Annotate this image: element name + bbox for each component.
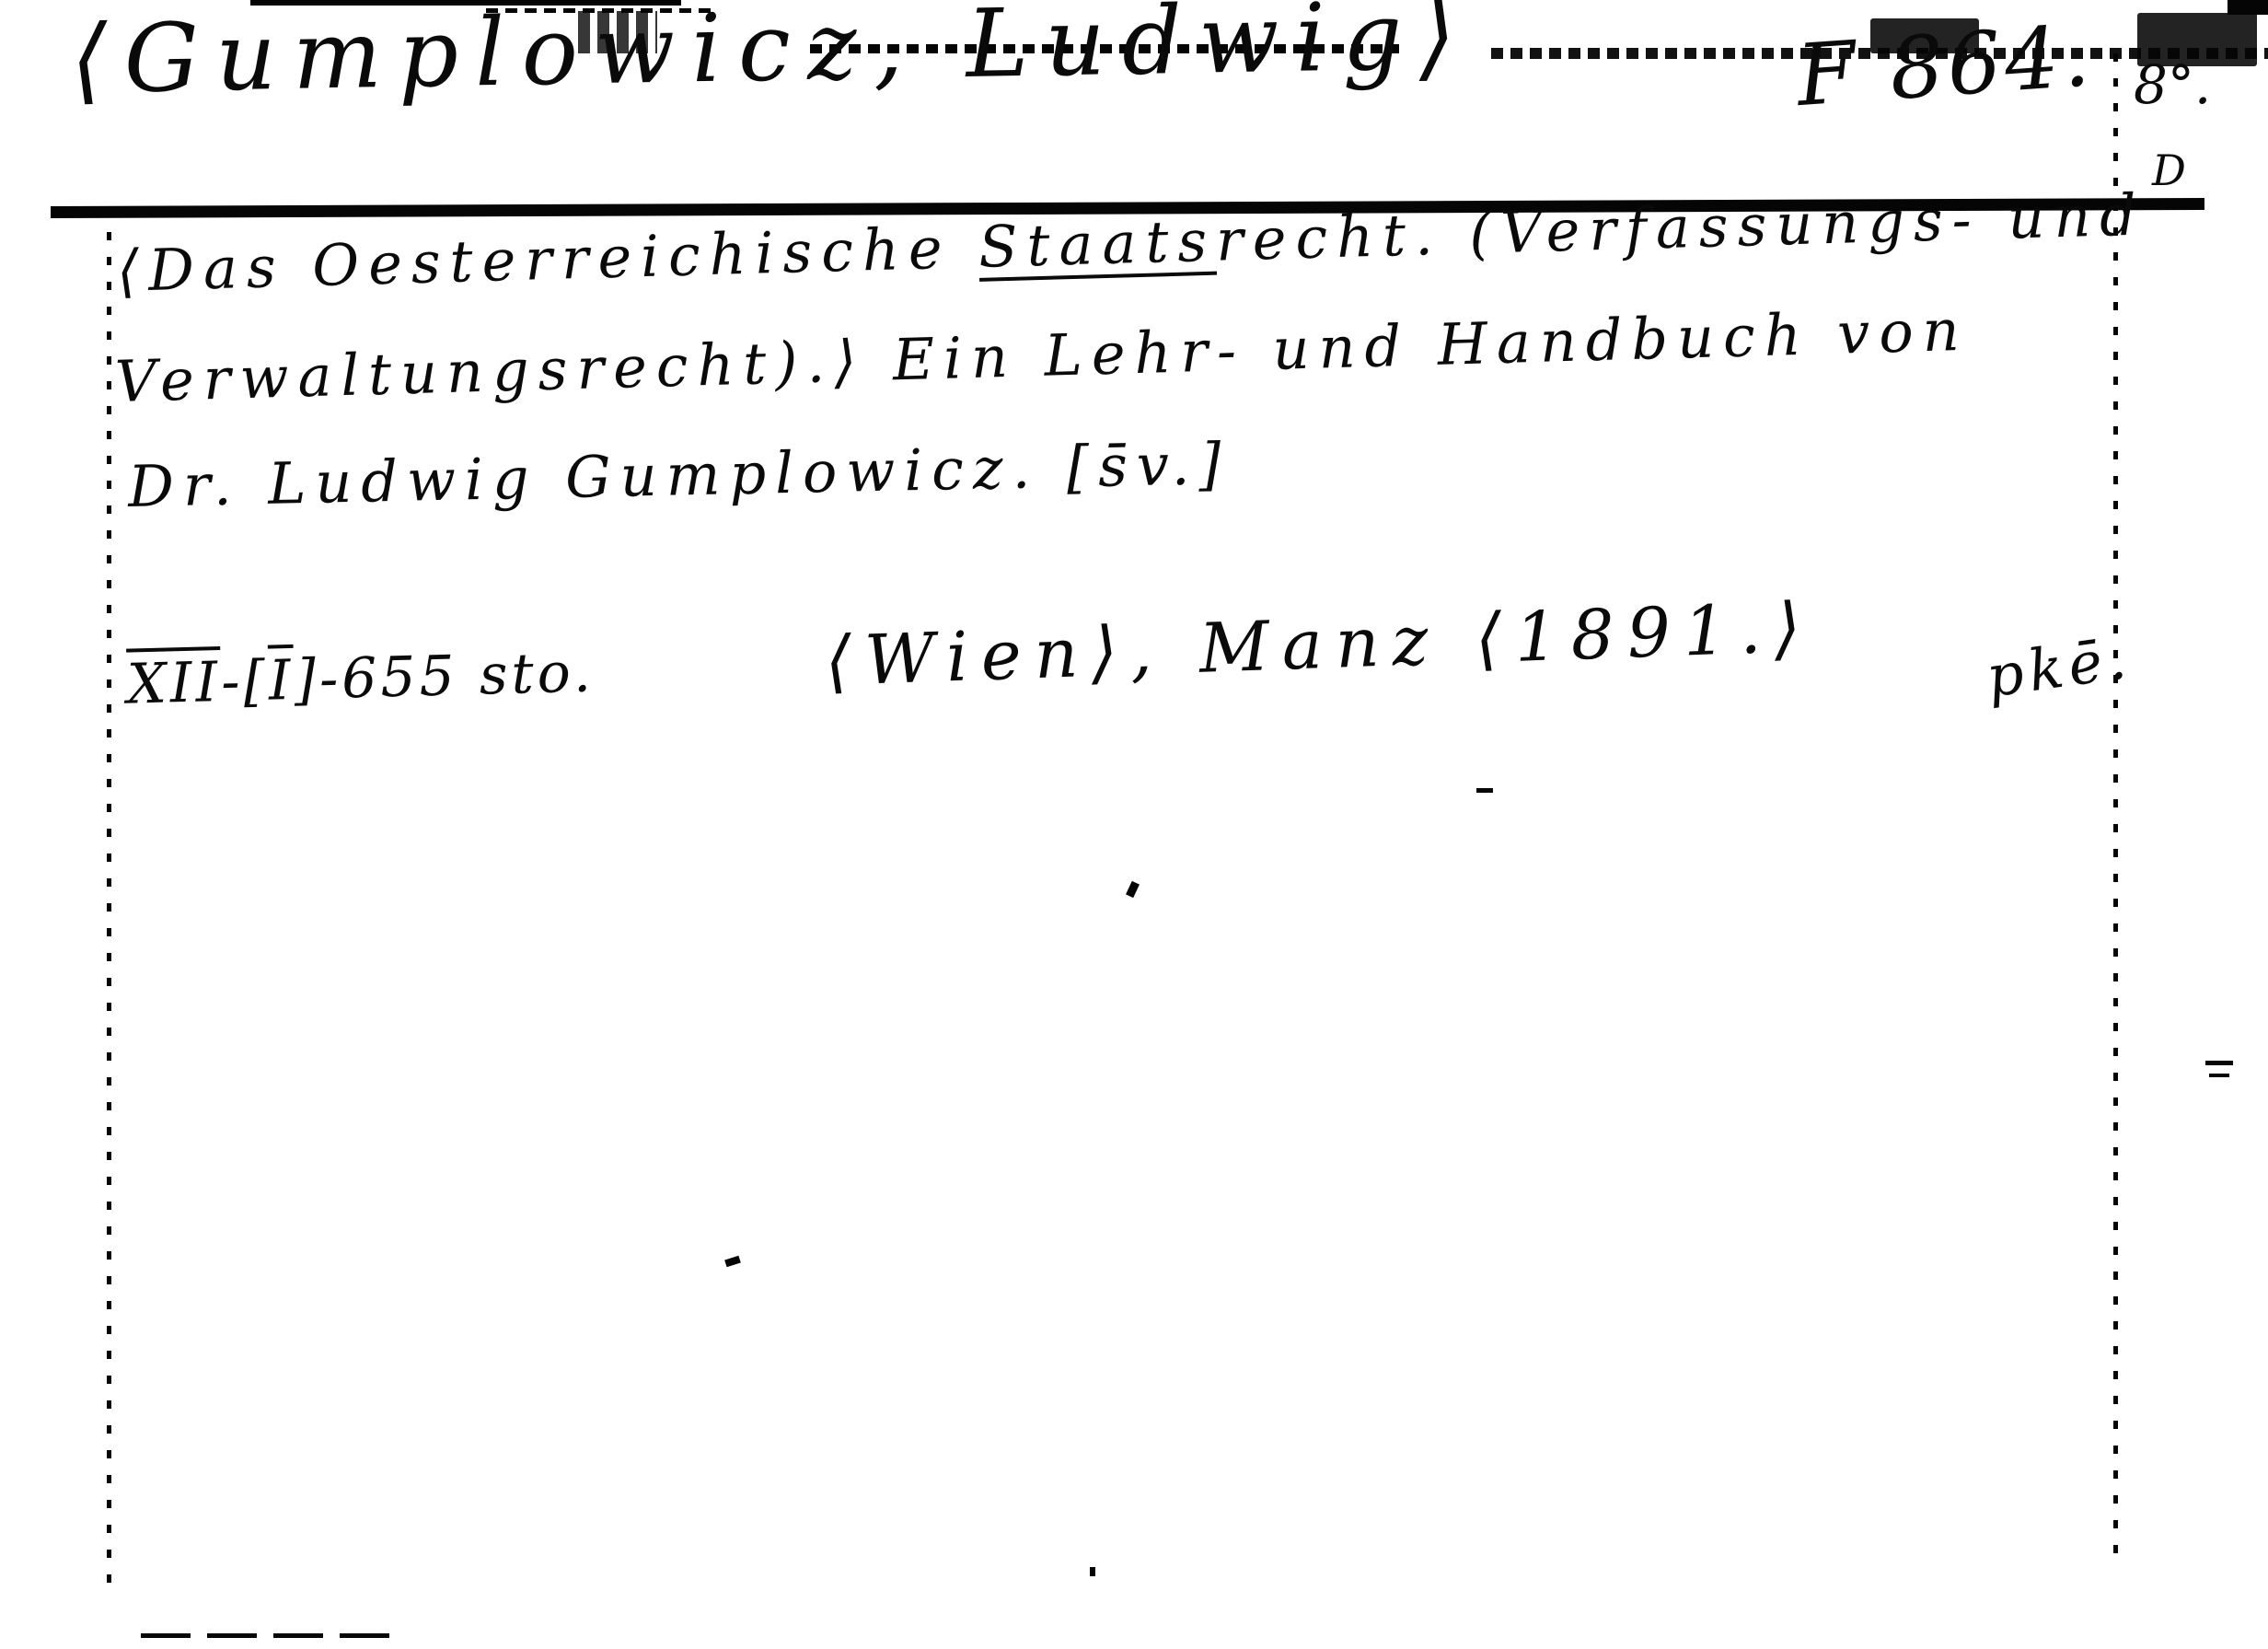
title-line-1-post: recht. (Verfassungs- und <box>1215 180 2146 273</box>
collation-roman-pages: XII <box>126 650 222 717</box>
collation-separator-2: ]- <box>294 647 343 713</box>
bottom-dashed-line <box>141 1633 405 1638</box>
right-margin-dotted-line <box>2113 53 2118 1558</box>
ink-speck <box>1126 881 1140 898</box>
title-line-1-pre: ⟨Das Oesterreichische <box>116 214 979 305</box>
format-designation: 8°. <box>2134 53 2211 116</box>
ink-speck <box>2209 1074 2229 1077</box>
title-line-1: ⟨Das Oesterreichische Staatsrecht. (Verf… <box>116 180 2146 305</box>
imprint: ⟨Wien⟩, Manz ⟨1891.⟩ <box>824 588 1815 702</box>
title-line-2: Verwaltungsrecht).⟩ Ein Lehr- und Handbu… <box>114 296 1970 415</box>
author-heading: ⟨Gumplowicz, Ludwig⟩ <box>70 0 1473 115</box>
title-underlined-word: Staats <box>978 207 1217 281</box>
collation: XII-[I]-655 sto. <box>126 640 596 716</box>
call-number: F 864. <box>1794 6 2097 125</box>
format-note: D <box>2152 145 2186 195</box>
scan-noise <box>2227 0 2268 15</box>
ink-speck <box>1476 788 1493 793</box>
title-line-3: Dr. Ludwig Gumplowicz. [s̄v.] <box>127 430 1231 520</box>
ink-speck <box>2205 1061 2233 1065</box>
collation-bracket-roman: I <box>268 648 295 714</box>
collation-arabic-pages: 655 sto. <box>341 640 595 711</box>
catalog-card: ⟨Gumplowicz, Ludwig⟩ F 864. 8°. D ⟨Das O… <box>0 0 2268 1649</box>
left-margin-dotted-line <box>107 232 111 1584</box>
collation-separator: -[ <box>220 649 270 714</box>
ink-speck <box>1090 1567 1095 1576</box>
ink-speck <box>724 1256 741 1268</box>
